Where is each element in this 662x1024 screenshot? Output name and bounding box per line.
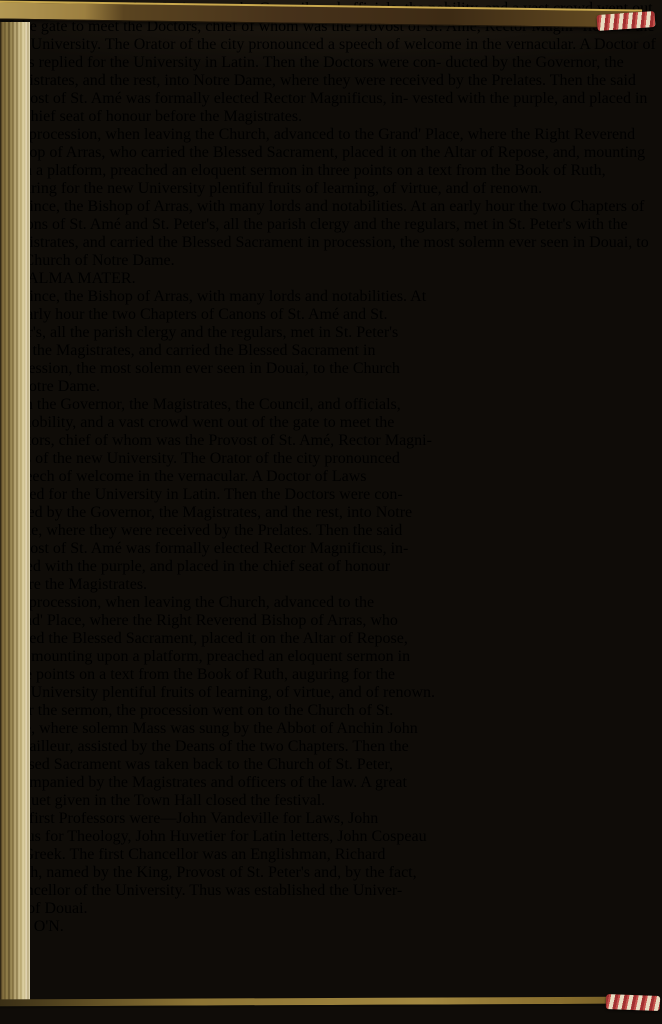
running-title: ALMA MATER.: [27, 270, 135, 287]
text-line: The procession, when leaving the Church,…: [0, 594, 662, 612]
text-segment: Lentailleur, assisted by the Deans of th…: [0, 738, 409, 755]
text-line: vested with the purple, and placed in th…: [0, 558, 662, 576]
paragraph: Then the Governor, the Magistrates, the …: [0, 396, 662, 594]
paragraph: province, the Bishop of Arras, with many…: [0, 288, 662, 396]
text-segment: Smith, named by the King, Provost of St.…: [0, 864, 417, 881]
text-segment: replied for the University in Latin. The…: [0, 486, 403, 503]
text-line: Grand' Place, where the Right Reverend B…: [0, 612, 662, 630]
text-line: and, mounting upon a platform, preached …: [0, 648, 662, 666]
text-segment: for Greek. The first Chancellor was an E…: [0, 846, 385, 863]
text-segment: three points on a text from the Book of …: [0, 666, 395, 683]
text-line: accompanied by the Magistrates and offic…: [0, 774, 662, 792]
text-segment: new University plentiful fruits of learn…: [0, 684, 435, 701]
text-line: Then the Governor, the Magistrates, the …: [0, 396, 662, 414]
text-line: of Notre Dame.: [0, 378, 662, 396]
text-segment: of the new University. The Orator of the…: [31, 450, 400, 467]
text-segment: Blessed Sacrament was taken back to the …: [0, 756, 393, 773]
book-page: Then the Governor, the Magistrates, the …: [0, 0, 662, 936]
text-line: Amé, where solemn Mass was sung by the A…: [0, 720, 662, 738]
text-segment: , where the Right Reverend Bishop of Arr…: [82, 612, 398, 629]
text-segment: Amé, where solemn Mass was sung by the A…: [0, 720, 418, 737]
text-segment: The first Professors were—John Vandevill…: [0, 810, 378, 827]
text-segment: a speech of welcome in the vernacular. A…: [0, 468, 367, 485]
text-line: province, the Bishop of Arras, with many…: [0, 288, 662, 306]
text-segment: procession, the most solemn ever seen in…: [0, 360, 400, 377]
text-segment: carried the Blessed Sacrament, placed it…: [0, 630, 408, 647]
text-segment: After the sermon, the procession went on…: [0, 702, 393, 719]
text-segment: Then the Governor, the Magistrates, the …: [0, 396, 401, 413]
text-segment: an early hour the two Chapters of Canons…: [0, 306, 388, 323]
text-line: ducted by the Governor, the Magistrates,…: [0, 504, 662, 522]
text-segment: ducted by the Governor, the Magistrates,…: [0, 504, 412, 521]
text-line: an early hour the two Chapters of Canons…: [0, 306, 662, 324]
text-line: for Greek. The first Chancellor was an E…: [0, 846, 662, 864]
paragraph: The first Professors were—John Vandevill…: [0, 810, 662, 918]
text-line: Blessed Sacrament was taken back to the …: [0, 756, 662, 774]
text-segment: Peter's, all the parish clergy and the r…: [0, 324, 398, 341]
text-line: Dame, where they were received by the Pr…: [0, 522, 662, 540]
text-line: replied for the University in Latin. The…: [0, 486, 662, 504]
gilt-edge-bottom: [0, 997, 652, 1009]
text-line: procession, the most solemn ever seen in…: [0, 360, 662, 378]
page-header: 188 ALMA MATER.: [0, 270, 662, 288]
text-line: Chancellor of the University. Thus was e…: [0, 882, 662, 900]
text-line: Doctors, chief of whom was the Provost o…: [0, 432, 662, 450]
text-segment: with the Magistrates, and carried the Bl…: [0, 342, 375, 359]
text-line: the nobility, and a vast crowd went out …: [0, 414, 662, 432]
bleedthrough-text: The procession, when leaving the Church,…: [0, 126, 662, 198]
text-segment: banquet given in the Town Hall closed th…: [0, 792, 325, 809]
italic-text-segment: Rector Magni-: [338, 432, 432, 449]
text-segment: Chancellor of the University. Thus was e…: [0, 882, 402, 899]
text-line: Provost of St. Amé was formally elected …: [0, 540, 662, 558]
text-segment: Doctors, chief of whom was the Provost o…: [0, 432, 338, 449]
italic-text-segment: Rector Magnificus: [263, 540, 383, 557]
text-segment: Rubus for Theology, John Huvetier for La…: [0, 828, 427, 845]
text-line: The first Professors were—John Vandevill…: [0, 810, 662, 828]
text-line: before the Magistrates.: [0, 576, 662, 594]
text-segment: and, mounting upon a platform, preached …: [0, 648, 410, 665]
text-line: a speech of welcome in the vernacular. A…: [0, 468, 662, 486]
bleedthrough-text: province, the Bishop of Arras, with many…: [0, 198, 662, 270]
paragraph: The procession, when leaving the Church,…: [0, 594, 662, 702]
scan-background: { "page": { "number": "188", "running_ti…: [0, 0, 662, 1024]
paragraph: After the sermon, the procession went on…: [0, 702, 662, 810]
text-line: ficus of the new University. The Orator …: [0, 450, 662, 468]
text-line: banquet given in the Town Hall closed th…: [0, 792, 662, 810]
text-segment: The procession, when leaving the Church,…: [0, 594, 374, 611]
headband-bottom: [606, 994, 660, 1011]
text-line: Peter's, all the parish clergy and the r…: [0, 324, 662, 342]
text-line: Lentailleur, assisted by the Deans of th…: [0, 738, 662, 756]
text-segment: vested with the purple, and placed in th…: [0, 558, 390, 575]
page-stack-edges: [0, 22, 30, 1004]
text-line: sity of Douai.: [0, 900, 662, 918]
text-line: with the Magistrates, and carried the Bl…: [0, 342, 662, 360]
text-segment: province, the Bishop of Arras, with many…: [0, 288, 426, 305]
text-segment: Dame, where they were received by the Pr…: [0, 522, 402, 539]
text-line: After the sermon, the procession went on…: [0, 702, 662, 720]
text-line: Smith, named by the King, Provost of St.…: [0, 864, 662, 882]
text-line: new University plentiful fruits of learn…: [0, 684, 662, 702]
page-edge-right: [648, 25, 662, 1003]
text-line: three points on a text from the Book of …: [0, 666, 662, 684]
author-signature: P. A. O'N.: [0, 918, 662, 936]
text-line: carried the Blessed Sacrament, placed it…: [0, 630, 662, 648]
text-segment: accompanied by the Magistrates and offic…: [0, 774, 407, 791]
text-segment: Provost of St. Amé was formally elected: [0, 540, 263, 557]
text-segment: , in-: [383, 540, 409, 557]
text-line: Rubus for Theology, John Huvetier for La…: [0, 828, 662, 846]
body-text: province, the Bishop of Arras, with many…: [0, 288, 662, 918]
text-segment: the nobility, and a vast crowd went out …: [0, 414, 394, 431]
